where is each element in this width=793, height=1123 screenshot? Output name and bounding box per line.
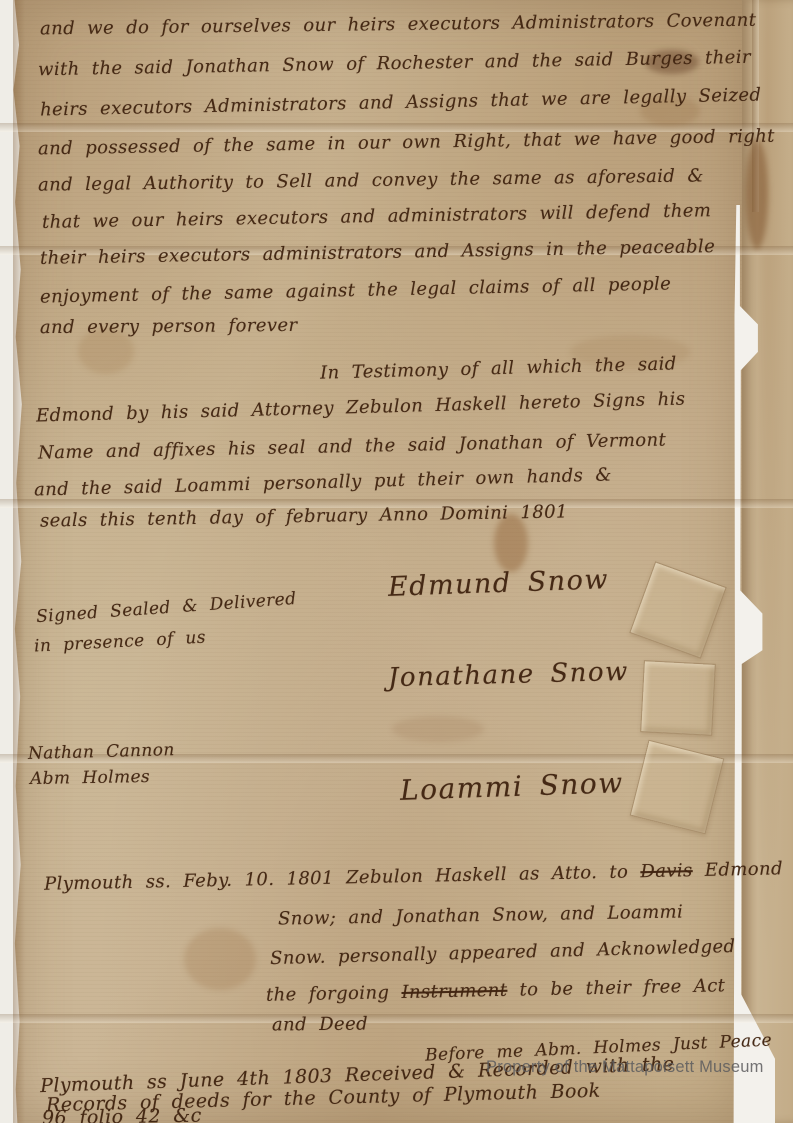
recording-line-3: 96 folio 42 &c — [42, 1105, 202, 1123]
stain — [746, 138, 768, 250]
ack-line-5: and Deed — [272, 1014, 368, 1036]
fold-crease — [0, 1014, 793, 1023]
wafer-seal — [640, 660, 716, 736]
stain — [392, 716, 484, 742]
museum-watermark: Property of the Mattapoisett Museum — [486, 1058, 764, 1077]
scanned-deed-page: and we do for ourselves our heirs execut… — [0, 0, 793, 1123]
witness-name-nathan-cannon: Nathan Cannon — [28, 740, 175, 764]
struck-word-instrument: Instrument — [401, 980, 507, 1003]
ack-instrument-text: the forgoing — [266, 982, 402, 1006]
witness-name-abm-holmes: Abm Holmes — [30, 767, 150, 789]
left-edge-shadow — [13, 0, 25, 1123]
ack-opening-text-2: Edmond — [692, 858, 783, 881]
stain — [184, 928, 256, 990]
struck-word: Davis — [640, 860, 693, 882]
deed-line-9: and every person forever — [40, 315, 298, 338]
signature-jonathane-snow: Jonathane Snow — [388, 657, 630, 693]
